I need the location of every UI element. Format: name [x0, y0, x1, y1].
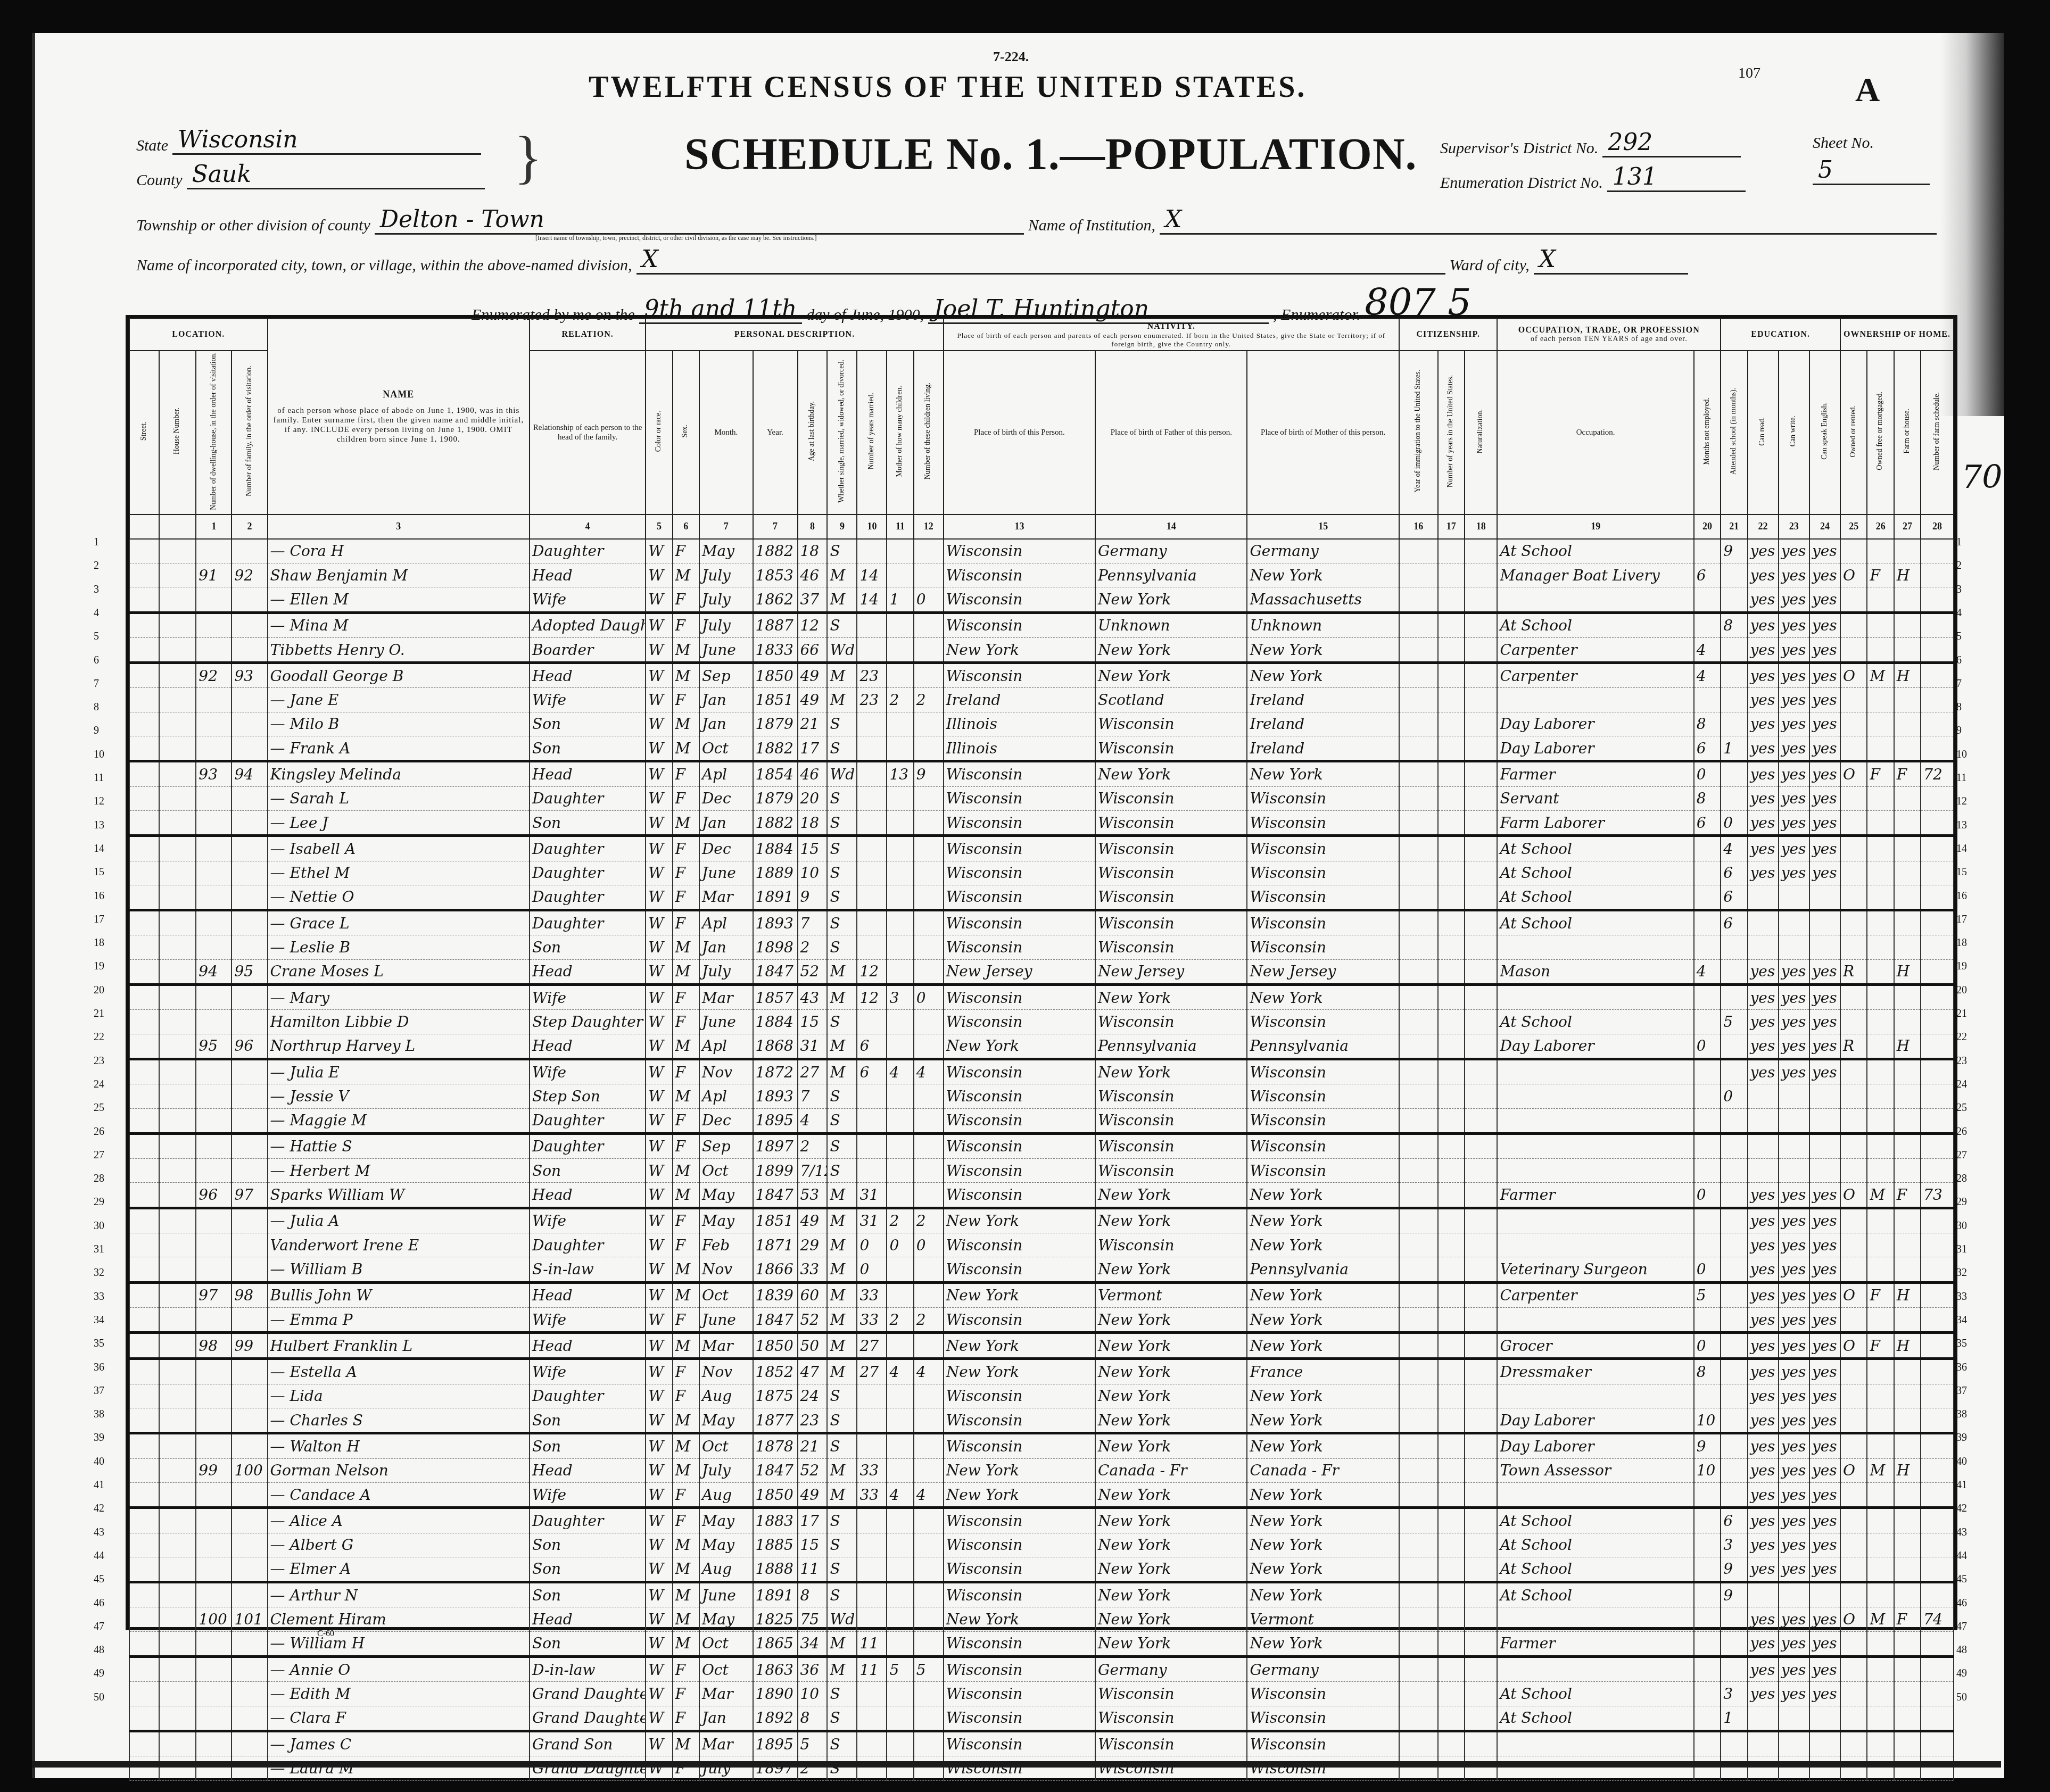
cell-dwelling-number — [196, 1159, 232, 1183]
cell-marital-status: S — [827, 1084, 857, 1108]
cell-father-birthplace: New York — [1095, 1359, 1247, 1384]
cell-owned-rented — [1840, 1307, 1867, 1332]
cell-birth-month: Apl — [699, 1084, 753, 1108]
cell-years-in-us — [1438, 1359, 1465, 1384]
cell-sex: F — [673, 539, 699, 563]
cell-can-read: yes — [1748, 663, 1779, 688]
table-row: — Ellen MWifeWFJuly186237M1410WisconsinN… — [129, 587, 1954, 612]
line-number: 14 — [1956, 843, 1967, 855]
cell-farm-house — [1894, 935, 1921, 959]
cell-farm-schedule — [1921, 885, 1954, 910]
cell-attended-school: 6 — [1721, 885, 1747, 910]
cell-years-in-us — [1438, 1257, 1465, 1282]
line-number: 42 — [94, 1503, 104, 1515]
col-owned-rented: Owned or rented. — [1849, 405, 1858, 458]
cell-street — [129, 910, 159, 935]
cell-father-birthplace: Scotland — [1095, 688, 1247, 712]
cell-months-unemployed: 6 — [1694, 563, 1721, 587]
table-row: Hamilton Libbie DStep DaughterWFJune1884… — [129, 1010, 1954, 1034]
cell-house-number — [159, 861, 196, 885]
cell-can-write: yes — [1779, 637, 1809, 662]
cell-marital-status: M — [827, 1631, 857, 1656]
cell-speaks-english: yes — [1809, 712, 1840, 736]
cell-free-mortgaged: F — [1867, 761, 1894, 786]
cell-years-in-us — [1438, 1333, 1465, 1359]
cell-person-name: Gorman Nelson — [268, 1458, 530, 1482]
cell-street — [129, 1359, 159, 1384]
cell-mother-birthplace: New York — [1247, 1208, 1399, 1233]
cell-occupation — [1497, 1159, 1693, 1183]
line-number: 16 — [1956, 890, 1967, 902]
line-number: 21 — [1956, 1008, 1967, 1020]
cell-farm-house — [1894, 1408, 1921, 1433]
cell-years-married — [857, 712, 887, 736]
group-name: NAME of each person whose place of abode… — [268, 319, 530, 515]
cell-color: W — [646, 1084, 672, 1108]
cell-color: W — [646, 836, 672, 861]
cell-color: W — [646, 612, 672, 637]
cell-free-mortgaged — [1867, 1034, 1894, 1059]
cell-color: W — [646, 1408, 672, 1433]
cell-months-unemployed: 10 — [1694, 1408, 1721, 1433]
cell-years-in-us — [1438, 663, 1465, 688]
cell-street — [129, 985, 159, 1010]
cell-house-number — [159, 1458, 196, 1482]
cell-speaks-english — [1809, 1582, 1840, 1607]
line-number: 1 — [94, 536, 99, 549]
table-row: — Clara FGrand DaughterWFJan18928SWiscon… — [129, 1706, 1954, 1731]
cell-family-number — [232, 1533, 267, 1557]
table-row: — Estella AWifeWFNov185247M2744New YorkN… — [129, 1359, 1954, 1384]
cell-immigration-year — [1399, 1706, 1438, 1731]
cell-age: 29 — [798, 1233, 828, 1257]
cell-farm-schedule — [1921, 663, 1954, 688]
cell-father-birthplace: Canada - Fr — [1095, 1458, 1247, 1482]
census-page: 7-224. 107 A TWELFTH CENSUS OF THE UNITE… — [32, 33, 2004, 1778]
cell-children-living — [914, 1582, 944, 1607]
cell-farm-house — [1894, 861, 1921, 885]
cell-speaks-english: yes — [1809, 810, 1840, 835]
cell-naturalization — [1465, 1183, 1498, 1208]
cell-can-read: yes — [1748, 761, 1779, 786]
cell-color: W — [646, 637, 672, 662]
table-row: — Hattie SDaughterWFSep18972SWisconsinWi… — [129, 1133, 1954, 1158]
cell-free-mortgaged: M — [1867, 663, 1894, 688]
cell-birth-year: 1887 — [753, 612, 798, 637]
cell-farm-house — [1894, 612, 1921, 637]
cell-naturalization — [1465, 587, 1498, 612]
cell-years-married — [857, 1408, 887, 1433]
cell-mother-birthplace: Wisconsin — [1247, 935, 1399, 959]
cell-mother-of — [887, 637, 913, 662]
cell-can-write — [1779, 935, 1809, 959]
cell-father-birthplace: New York — [1095, 761, 1247, 786]
col-street: Street. — [140, 421, 149, 441]
cell-street — [129, 1208, 159, 1233]
line-number: 10 — [94, 749, 104, 761]
cell-children-living — [914, 1084, 944, 1108]
cell-farm-house — [1894, 885, 1921, 910]
cell-father-birthplace: New York — [1095, 663, 1247, 688]
cell-farm-schedule — [1921, 1159, 1954, 1183]
cell-immigration-year — [1399, 761, 1438, 786]
cell-father-birthplace: Pennsylvania — [1095, 1034, 1247, 1059]
cell-can-read: yes — [1748, 1233, 1779, 1257]
cell-father-birthplace: New York — [1095, 1533, 1247, 1557]
cell-birth-year: 1863 — [753, 1657, 798, 1682]
cell-dwelling-number: 93 — [196, 761, 232, 786]
cell-naturalization — [1465, 910, 1498, 935]
cell-age: 23 — [798, 1408, 828, 1433]
cell-can-write: yes — [1779, 712, 1809, 736]
table-row: 100101Clement HiramHeadWMMay182575WdNew … — [129, 1607, 1954, 1631]
cell-relation: Son — [530, 1433, 646, 1458]
cell-can-write: yes — [1779, 1282, 1809, 1307]
cell-birthplace: Wisconsin — [944, 1657, 1095, 1682]
cell-mother-of — [887, 1408, 913, 1433]
cell-months-unemployed — [1694, 587, 1721, 612]
cell-person-name: Northrup Harvey L — [268, 1034, 530, 1059]
cell-can-read: yes — [1748, 1433, 1779, 1458]
table-row: — Cora HDaughterWFMay188218SWisconsinGer… — [129, 539, 1954, 563]
cell-farm-schedule — [1921, 1482, 1954, 1507]
cell-age: 46 — [798, 563, 828, 587]
cell-marital-status: S — [827, 786, 857, 810]
line-number: 34 — [1956, 1314, 1967, 1326]
cell-speaks-english: yes — [1809, 1384, 1840, 1408]
cell-occupation: Carpenter — [1497, 663, 1693, 688]
cell-color: W — [646, 910, 672, 935]
cell-street — [129, 1706, 159, 1731]
cell-farm-house: F — [1894, 761, 1921, 786]
cell-mother-birthplace: Wisconsin — [1247, 885, 1399, 910]
column-number: 3 — [268, 515, 530, 539]
col-speak-english: Can speak English. — [1821, 402, 1830, 460]
cell-can-read: yes — [1748, 637, 1779, 662]
cell-birthplace: New York — [944, 1208, 1095, 1233]
cell-naturalization — [1465, 1034, 1498, 1059]
cell-relation: Head — [530, 1183, 646, 1208]
cell-years-married — [857, 1607, 887, 1631]
cell-father-birthplace: Wisconsin — [1095, 910, 1247, 935]
line-number: 36 — [1956, 1362, 1967, 1374]
cell-children-living: 9 — [914, 761, 944, 786]
cell-years-married: 33 — [857, 1482, 887, 1507]
cell-family-number — [232, 1257, 267, 1282]
line-number: 49 — [1956, 1667, 1967, 1680]
cell-person-name: — Charles S — [268, 1408, 530, 1433]
cell-naturalization — [1465, 786, 1498, 810]
cell-mother-of — [887, 1384, 913, 1408]
cell-farm-house — [1894, 1208, 1921, 1233]
cell-can-read: yes — [1748, 836, 1779, 861]
cell-owned-rented — [1840, 1533, 1867, 1557]
cell-occupation — [1497, 1731, 1693, 1756]
cell-age: 53 — [798, 1183, 828, 1208]
occupation-heading: OCCUPATION, TRADE, OR PROFESSION — [1499, 325, 1719, 335]
cell-children-living — [914, 1533, 944, 1557]
cell-birthplace: Wisconsin — [944, 563, 1095, 587]
cell-birth-month: Jan — [699, 935, 753, 959]
cell-relation: Wife — [530, 1208, 646, 1233]
cell-farm-schedule — [1921, 1458, 1954, 1482]
cell-age: 8 — [798, 1706, 828, 1731]
cell-sex: F — [673, 861, 699, 885]
supervisor-district-value: 292 — [1602, 129, 1741, 157]
cell-farm-house — [1894, 1482, 1921, 1507]
cell-father-birthplace: Wisconsin — [1095, 1706, 1247, 1731]
cell-years-married — [857, 935, 887, 959]
cell-marital-status: M — [827, 1233, 857, 1257]
cell-free-mortgaged — [1867, 1756, 1894, 1780]
line-number: 39 — [94, 1432, 104, 1444]
cell-marital-status: S — [827, 1557, 857, 1582]
cell-can-write — [1779, 1756, 1809, 1780]
cell-months-unemployed — [1694, 1557, 1721, 1582]
cell-person-name: — Lida — [268, 1384, 530, 1408]
page-stamp: 107 — [1738, 65, 1760, 82]
cell-occupation — [1497, 1108, 1693, 1133]
cell-months-unemployed — [1694, 1307, 1721, 1332]
cell-can-read: yes — [1748, 1657, 1779, 1682]
cell-dwelling-number — [196, 1408, 232, 1433]
table-row: — Emma PWifeWFJune184752M3322WisconsinNe… — [129, 1307, 1954, 1332]
cell-can-write: yes — [1779, 861, 1809, 885]
col-attended-school: Attended school (in months). — [1730, 388, 1739, 475]
cell-free-mortgaged — [1867, 612, 1894, 637]
cell-dwelling-number — [196, 1482, 232, 1507]
cell-street — [129, 736, 159, 761]
cell-birth-year: 1885 — [753, 1533, 798, 1557]
cell-farm-schedule — [1921, 1010, 1954, 1034]
cell-color: W — [646, 810, 672, 835]
cell-street — [129, 1034, 159, 1059]
cell-person-name: — Mina M — [268, 612, 530, 637]
cell-birth-month: July — [699, 587, 753, 612]
cell-owned-rented — [1840, 1359, 1867, 1384]
cell-farm-schedule — [1921, 1557, 1954, 1582]
cell-owned-rented — [1840, 1408, 1867, 1433]
cell-birthplace: Wisconsin — [944, 1631, 1095, 1656]
cell-color: W — [646, 1034, 672, 1059]
cell-owned-rented — [1840, 1756, 1867, 1780]
cell-months-unemployed — [1694, 985, 1721, 1010]
cell-birth-year: 1847 — [753, 959, 798, 984]
supervisor-district-field: Supervisor's District No. 292 — [1440, 129, 1741, 157]
col-house-number: House Number. — [173, 408, 182, 454]
cell-marital-status: S — [827, 612, 857, 637]
cell-years-in-us — [1438, 885, 1465, 910]
cell-dwelling-number: 95 — [196, 1034, 232, 1059]
cell-sex: F — [673, 1482, 699, 1507]
cell-person-name: — Estella A — [268, 1359, 530, 1384]
cell-attended-school — [1721, 761, 1747, 786]
col-age: Age at last birthday. — [808, 401, 817, 461]
cell-farm-schedule — [1921, 1059, 1954, 1084]
cell-house-number — [159, 712, 196, 736]
cell-farm-house: F — [1894, 1607, 1921, 1631]
census-title: TWELFTH CENSUS OF THE UNITED STATES. — [589, 70, 1307, 104]
cell-street — [129, 810, 159, 835]
cell-mother-of — [887, 663, 913, 688]
cell-farm-schedule — [1921, 1657, 1954, 1682]
cell-street — [129, 1133, 159, 1158]
line-number: 36 — [94, 1362, 104, 1374]
cell-immigration-year — [1399, 1010, 1438, 1034]
cell-can-read: yes — [1748, 539, 1779, 563]
cell-can-write: yes — [1779, 1607, 1809, 1631]
cell-age: 17 — [798, 736, 828, 761]
cell-farm-house — [1894, 1433, 1921, 1458]
cell-free-mortgaged — [1867, 539, 1894, 563]
cell-person-name: — Isabell A — [268, 836, 530, 861]
cell-can-write: yes — [1779, 1257, 1809, 1282]
cell-months-unemployed — [1694, 1631, 1721, 1656]
line-number: 7 — [1956, 678, 1962, 690]
cell-street — [129, 1557, 159, 1582]
cell-immigration-year — [1399, 1657, 1438, 1682]
cell-speaks-english: yes — [1809, 1533, 1840, 1557]
cell-street — [129, 1458, 159, 1482]
cell-farm-schedule — [1921, 935, 1954, 959]
cell-attended-school — [1721, 1282, 1747, 1307]
cell-can-write: yes — [1779, 1307, 1809, 1332]
cell-naturalization — [1465, 712, 1498, 736]
cell-color: W — [646, 1359, 672, 1384]
cell-age: 33 — [798, 1257, 828, 1282]
cell-free-mortgaged — [1867, 1508, 1894, 1533]
cell-family-number — [232, 1010, 267, 1034]
cell-immigration-year — [1399, 1333, 1438, 1359]
cell-age: 10 — [798, 861, 828, 885]
line-number: 30 — [94, 1220, 104, 1232]
cell-family-number — [232, 1084, 267, 1108]
cell-attended-school — [1721, 1482, 1747, 1507]
cell-owned-rented — [1840, 1508, 1867, 1533]
cell-dwelling-number: 98 — [196, 1333, 232, 1359]
cell-farm-house: H — [1894, 663, 1921, 688]
cell-sex: F — [673, 1359, 699, 1384]
cell-years-married — [857, 1533, 887, 1557]
cell-free-mortgaged — [1867, 885, 1894, 910]
cell-can-read: yes — [1748, 1208, 1779, 1233]
cell-family-number — [232, 1059, 267, 1084]
cell-speaks-english: yes — [1809, 1458, 1840, 1482]
cell-mother-birthplace: Wisconsin — [1247, 1756, 1399, 1780]
cell-birth-year: 1882 — [753, 539, 798, 563]
cell-marital-status: M — [827, 959, 857, 984]
cell-person-name: — James C — [268, 1731, 530, 1756]
scan-bottom-edge — [32, 1761, 2001, 1768]
cell-years-married — [857, 539, 887, 563]
cell-father-birthplace: New York — [1095, 1408, 1247, 1433]
table-row: — MaryWifeWFMar185743M1230WisconsinNew Y… — [129, 985, 1954, 1010]
cell-farm-house — [1894, 1557, 1921, 1582]
cell-farm-house — [1894, 1108, 1921, 1133]
cell-dwelling-number: 91 — [196, 563, 232, 587]
cell-relation: Daughter — [530, 1133, 646, 1158]
cell-years-married — [857, 1706, 887, 1731]
table-row: 9495Crane Moses LHeadWMJuly184752M12New … — [129, 959, 1954, 984]
cell-family-number — [232, 1657, 267, 1682]
cell-family-number — [232, 1482, 267, 1507]
line-number: 8 — [1956, 701, 1962, 714]
cell-birth-year: 1882 — [753, 736, 798, 761]
cell-mother-of — [887, 1607, 913, 1631]
column-number: 1 — [196, 515, 232, 539]
cell-person-name: — William B — [268, 1257, 530, 1282]
cell-age: 49 — [798, 1208, 828, 1233]
cell-immigration-year — [1399, 1208, 1438, 1233]
cell-street — [129, 1010, 159, 1034]
cell-relation: Son — [530, 1631, 646, 1656]
cell-street — [129, 1408, 159, 1433]
column-number: 20 — [1694, 515, 1721, 539]
cell-farm-schedule — [1921, 1333, 1954, 1359]
cell-naturalization — [1465, 563, 1498, 587]
cell-relation: Daughter — [530, 885, 646, 910]
cell-farm-schedule — [1921, 1108, 1954, 1133]
cell-mother-birthplace: Wisconsin — [1247, 1108, 1399, 1133]
cell-immigration-year — [1399, 563, 1438, 587]
cell-months-unemployed — [1694, 1756, 1721, 1780]
cell-farm-schedule — [1921, 1307, 1954, 1332]
cell-farm-house — [1894, 1682, 1921, 1706]
column-number: 13 — [944, 515, 1095, 539]
cell-father-birthplace: New York — [1095, 1257, 1247, 1282]
cell-mother-of — [887, 1631, 913, 1656]
cell-sex: F — [673, 1208, 699, 1233]
cell-dwelling-number — [196, 985, 232, 1010]
table-row: — Nettie ODaughterWFMar18919SWisconsinWi… — [129, 885, 1954, 910]
cell-occupation: Veterinary Surgeon — [1497, 1257, 1693, 1282]
cell-immigration-year — [1399, 736, 1438, 761]
cell-months-unemployed — [1694, 1508, 1721, 1533]
cell-can-read: yes — [1748, 1010, 1779, 1034]
cell-relation: Wife — [530, 985, 646, 1010]
cell-speaks-english — [1809, 1756, 1840, 1780]
cell-mother-of — [887, 1159, 913, 1183]
cell-father-birthplace: New Jersey — [1095, 959, 1247, 984]
cell-attended-school — [1721, 1433, 1747, 1458]
column-number: 16 — [1399, 515, 1438, 539]
cell-house-number — [159, 1557, 196, 1582]
cell-mother-birthplace: New York — [1247, 1282, 1399, 1307]
cell-dwelling-number — [196, 1307, 232, 1332]
state-field: State Wisconsin — [136, 126, 481, 155]
line-number: 44 — [1956, 1550, 1967, 1562]
cell-father-birthplace: Wisconsin — [1095, 1159, 1247, 1183]
cell-person-name: — Maggie M — [268, 1108, 530, 1133]
line-number: 27 — [94, 1149, 104, 1162]
column-number — [159, 515, 196, 539]
cell-farm-schedule — [1921, 1706, 1954, 1731]
cell-birthplace: Wisconsin — [944, 1183, 1095, 1208]
cell-immigration-year — [1399, 1059, 1438, 1084]
cell-street — [129, 637, 159, 662]
col-mother-birthplace: Place of birth of Mother of this person. — [1247, 351, 1399, 515]
cell-street — [129, 1333, 159, 1359]
cell-occupation: Carpenter — [1497, 1282, 1693, 1307]
cell-can-read: yes — [1748, 1282, 1779, 1307]
cell-owned-rented: O — [1840, 1183, 1867, 1208]
cell-house-number — [159, 1307, 196, 1332]
cell-color: W — [646, 1433, 672, 1458]
nativity-heading: NATIVITY. — [945, 321, 1398, 331]
cell-speaks-english: yes — [1809, 612, 1840, 637]
cell-color: W — [646, 1631, 672, 1656]
cell-birth-year: 1884 — [753, 1010, 798, 1034]
